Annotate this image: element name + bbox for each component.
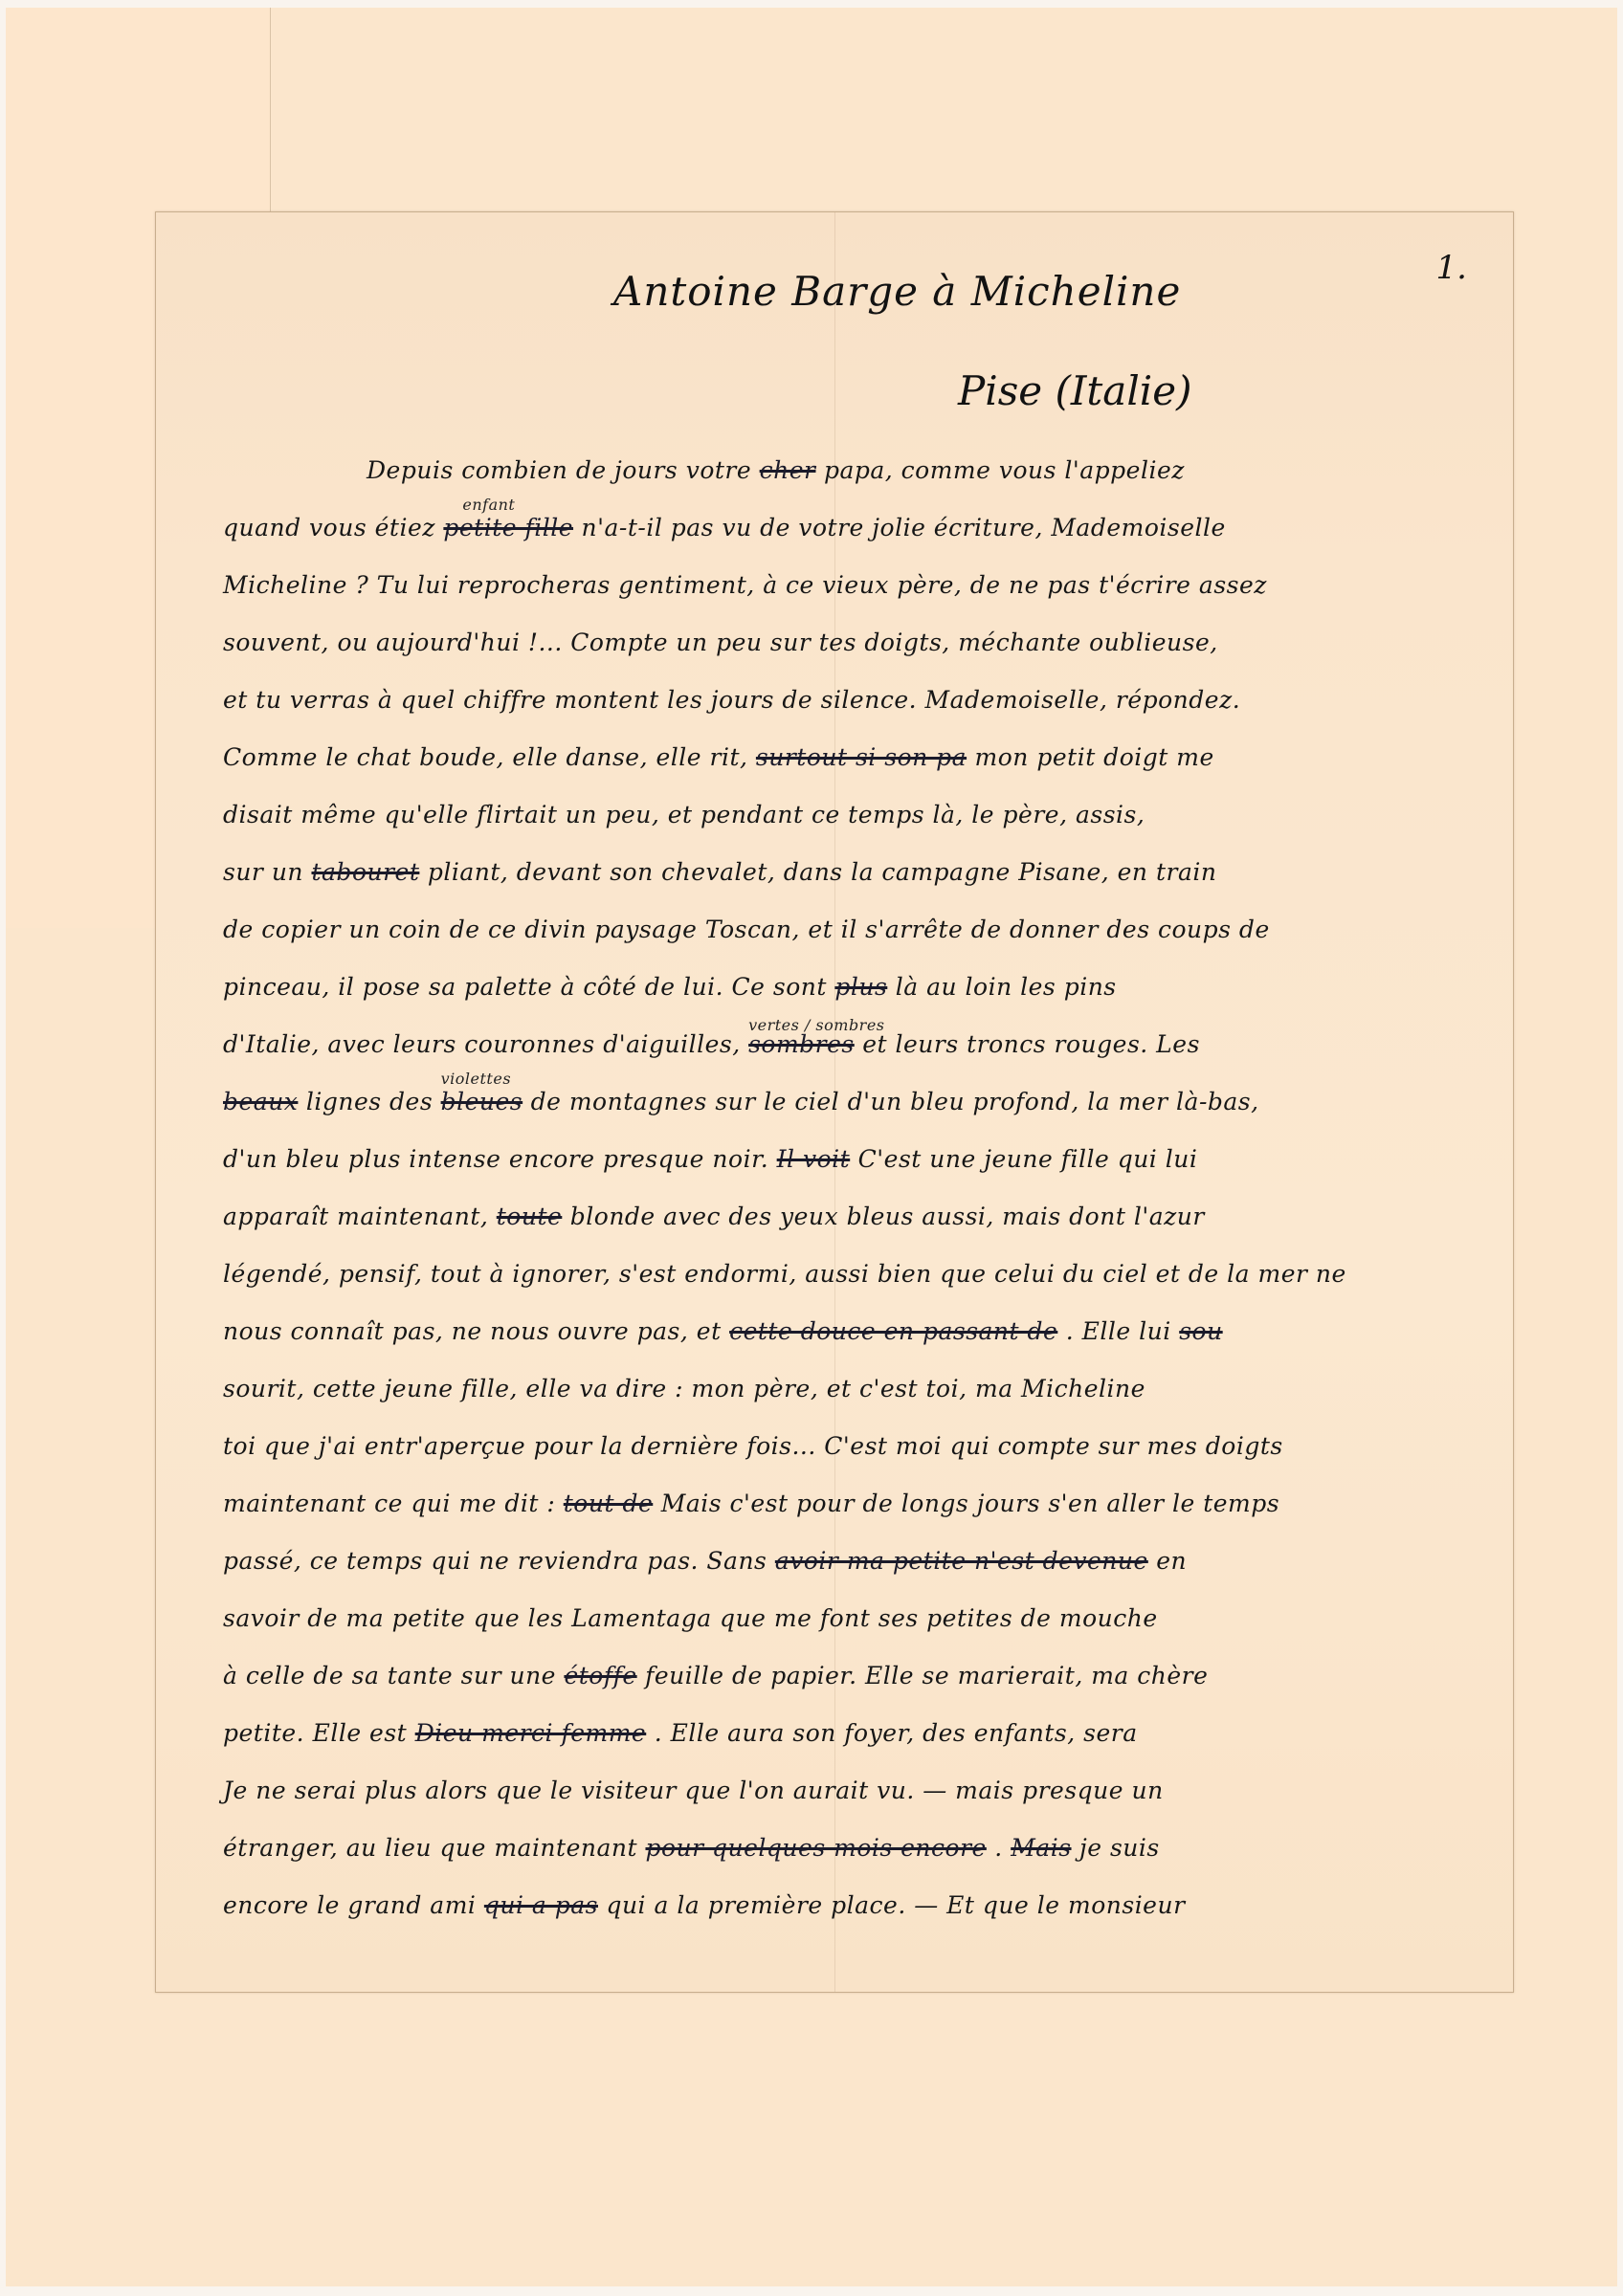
line-text: feuille de papier. Elle se marierait, ma… <box>645 1662 1208 1689</box>
line-text: Depuis combien de jours votre <box>367 456 751 484</box>
text-line: de copier un coin de ce divin paysage To… <box>223 901 1467 959</box>
struck-word: avoir ma petite n'est devenue <box>775 1547 1148 1575</box>
line-text: étranger, au lieu que maintenant <box>223 1834 637 1862</box>
line-text: savoir de ma petite que les Lamentaga qu… <box>223 1604 1158 1632</box>
struck-word: tout de <box>564 1490 654 1517</box>
struck-group: vertes / sombres sombres <box>748 1016 855 1073</box>
struck-group: enfant petite fille <box>443 499 573 557</box>
line-text: C'est une jeune fille qui lui <box>858 1145 1198 1173</box>
struck-word: sombres <box>748 1030 855 1058</box>
letter-place: Pise (Italie) <box>958 367 1191 414</box>
struck-word: tabouret <box>311 858 419 886</box>
letter-page: 1. Antoine Barge à Micheline Pise (Itali… <box>155 211 1514 1993</box>
line-text: blonde avec des yeux bleus aussi, mais d… <box>570 1203 1205 1230</box>
letter-body: Depuis combien de jours votre cher papa,… <box>223 442 1467 1934</box>
struck-word: plus <box>834 973 887 1001</box>
text-line: toi que j'ai entr'aperçue pour la derniè… <box>223 1418 1467 1475</box>
text-line: Depuis combien de jours votre cher papa,… <box>223 442 1467 499</box>
line-text: nous connaît pas, ne nous ouvre pas, et <box>223 1317 722 1345</box>
line-text: de copier un coin de ce divin paysage To… <box>223 916 1270 943</box>
text-line: passé, ce temps qui ne reviendra pas. Sa… <box>223 1533 1467 1590</box>
text-line: à celle de sa tante sur une étoffe feuil… <box>223 1647 1467 1705</box>
line-text: n'a-t-il pas vu de votre jolie écriture,… <box>582 514 1226 541</box>
line-text: encore le grand ami <box>223 1891 476 1919</box>
text-line: savoir de ma petite que les Lamentaga qu… <box>223 1590 1467 1647</box>
line-text: Je ne serai plus alors que le visiteur q… <box>223 1777 1164 1804</box>
struck-word: toute <box>497 1203 563 1230</box>
line-text: en <box>1156 1547 1187 1575</box>
text-line: Micheline ? Tu lui reprocheras gentiment… <box>223 557 1467 614</box>
text-line: sourit, cette jeune fille, elle va dire … <box>223 1360 1467 1418</box>
struck-word: petite fille <box>443 514 573 541</box>
line-text: à celle de sa tante sur une <box>223 1662 556 1689</box>
line-text: pliant, devant son chevalet, dans la cam… <box>428 858 1217 886</box>
text-line: apparaît maintenant, toute blonde avec d… <box>223 1188 1467 1246</box>
line-text: maintenant ce qui me dit : <box>223 1490 555 1517</box>
line-text: là au loin les pins <box>896 973 1117 1001</box>
line-text: quand vous étiez <box>223 514 435 541</box>
text-line: souvent, ou aujourd'hui !... Compte un p… <box>223 614 1467 672</box>
page-number: 1. <box>1436 249 1467 287</box>
struck-word: qui a pas <box>484 1891 598 1919</box>
line-text: disait même qu'elle flirtait un peu, et … <box>223 801 1145 828</box>
struck-word: Mais <box>1011 1834 1071 1862</box>
line-text: toi que j'ai entr'aperçue pour la derniè… <box>223 1432 1283 1460</box>
line-text: . <box>994 1834 1002 1862</box>
letter-heading: Antoine Barge à Micheline <box>613 268 1181 315</box>
line-text: souvent, ou aujourd'hui !... Compte un p… <box>223 629 1218 656</box>
line-text: Comme le chat boude, elle danse, elle ri… <box>223 743 747 771</box>
struck-word: sou <box>1179 1317 1222 1345</box>
line-text: qui a la première place. — Et que le mon… <box>606 1891 1185 1919</box>
line-text: Micheline ? Tu lui reprocheras gentiment… <box>223 571 1267 599</box>
line-text: lignes des <box>306 1088 433 1115</box>
line-text: mon petit doigt me <box>975 743 1214 771</box>
line-text: de montagnes sur le ciel d'un bleu profo… <box>531 1088 1259 1115</box>
struck-group: violettes bleues <box>441 1073 523 1131</box>
text-line: nous connaît pas, ne nous ouvre pas, et … <box>223 1303 1467 1360</box>
text-line: d'un bleu plus intense encore presque no… <box>223 1131 1467 1188</box>
line-text: et tu verras à quel chiffre montent les … <box>223 686 1240 714</box>
line-text: Mais c'est pour de longs jours s'en alle… <box>661 1490 1279 1517</box>
interlinear-insert: violettes <box>441 1071 511 1087</box>
struck-word: surtout si son pa <box>756 743 967 771</box>
text-line: et tu verras à quel chiffre montent les … <box>223 672 1467 729</box>
line-text: . Elle aura son foyer, des enfants, sera <box>655 1719 1138 1747</box>
line-text: pinceau, il pose sa palette à côté de lu… <box>223 973 827 1001</box>
line-text: d'Italie, avec leurs couronnes d'aiguill… <box>223 1030 741 1058</box>
interlinear-insert: vertes / sombres <box>748 1018 884 1033</box>
text-line: quand vous étiez enfant petite fille n'a… <box>223 499 1467 557</box>
struck-word: cette douce en passant de <box>729 1317 1057 1345</box>
text-line: maintenant ce qui me dit : tout de Mais … <box>223 1475 1467 1533</box>
struck-word: beaux <box>223 1088 298 1115</box>
text-line: disait même qu'elle flirtait un peu, et … <box>223 786 1467 844</box>
interlinear-insert: enfant <box>462 497 515 513</box>
line-text: . Elle lui <box>1066 1317 1171 1345</box>
text-line: beaux lignes des violettes bleues de mon… <box>223 1073 1467 1131</box>
text-line: pinceau, il pose sa palette à côté de lu… <box>223 959 1467 1016</box>
line-text: je suis <box>1079 1834 1160 1862</box>
line-text: passé, ce temps qui ne reviendra pas. Sa… <box>223 1547 767 1575</box>
line-text: papa, comme vous l'appeliez <box>824 456 1185 484</box>
struck-word: pour quelques mois encore <box>645 1834 986 1862</box>
struck-word: Dieu merci femme <box>415 1719 647 1747</box>
text-line: d'Italie, avec leurs couronnes d'aiguill… <box>223 1016 1467 1073</box>
struck-word: Il voit <box>777 1145 851 1173</box>
backing-seam <box>270 8 271 214</box>
line-text: sourit, cette jeune fille, elle va dire … <box>223 1375 1145 1402</box>
line-text: petite. Elle est <box>223 1719 407 1747</box>
text-line: Je ne serai plus alors que le visiteur q… <box>223 1762 1467 1820</box>
line-text: d'un bleu plus intense encore presque no… <box>223 1145 768 1173</box>
line-text: légendé, pensif, tout à ignorer, s'est e… <box>223 1260 1346 1288</box>
text-line: encore le grand ami qui a pas qui a la p… <box>223 1877 1467 1934</box>
struck-word: cher <box>760 456 816 484</box>
line-text: sur un <box>223 858 303 886</box>
struck-word: bleues <box>441 1088 523 1115</box>
line-text: apparaît maintenant, <box>223 1203 488 1230</box>
text-line: légendé, pensif, tout à ignorer, s'est e… <box>223 1246 1467 1303</box>
text-line: étranger, au lieu que maintenant pour qu… <box>223 1820 1467 1877</box>
text-line: petite. Elle est Dieu merci femme . Elle… <box>223 1705 1467 1762</box>
line-text: et leurs troncs rouges. Les <box>862 1030 1200 1058</box>
text-line: Comme le chat boude, elle danse, elle ri… <box>223 729 1467 786</box>
struck-word: étoffe <box>564 1662 636 1689</box>
text-line: sur un tabouret pliant, devant son cheva… <box>223 844 1467 901</box>
